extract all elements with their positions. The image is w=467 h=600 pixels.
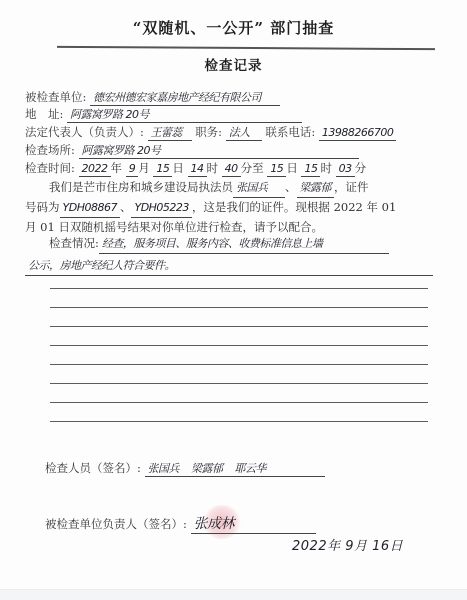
unit-rep-signature: 张成林 [191,513,316,534]
month-unit: 月 [138,161,150,175]
day-unit: 日 [172,161,184,175]
findings-section: 检查情况:经查，服务项目、服务内容、收费标准信息上墙 公示，房地产经纪人符合要件… [25,234,437,276]
inspectors-signature-row: 检查人员（签名）: 张国兵 梁露郁 耶云华 [45,460,325,477]
field-inspected-unit: 被检查单位: 德宏州德宏家嘉房地产经纪有限公司 [25,90,280,106]
position-label: 职务: [195,125,222,139]
address-label: 地 址: [25,107,63,121]
statement-part1: 我们是芒市住房和城乡建设局执法员 [49,180,233,194]
statement-paragraph: 我们是芒市住房和城乡建设局执法员张国兵、梁露郁，证件 号码为YDH08867、Y… [25,178,437,236]
statement-part3: 号码为 [25,200,60,214]
officer2-name: 梁露郁 [297,179,335,198]
unit-rep-signature-row: 被检查单位负责人（签名）: 张成林 [45,513,316,534]
statement-part4: ，这是我们的证件。现根据 2022 年 01 [192,200,396,214]
ruled-line [50,402,428,403]
findings-line1: 经查，服务项目、服务内容、收费标准信息上墙 [99,235,389,254]
inspector-signature-3: 耶云华 [235,462,267,475]
document-subtitle: 检查记录 [0,54,467,74]
time-start-hour: 14 [188,161,207,177]
inspector-signature-2: 梁露郁 [191,462,223,475]
time-month: 9 [126,161,139,177]
phone-label: 联系电话: [265,125,315,139]
unit-rep-label: 被检查单位负责人（签名）: [45,517,187,531]
ruled-line [50,345,428,346]
year-unit: 年 [111,161,123,175]
inspectors-label: 检查人员（签名）: [45,461,141,475]
legal-rep-value: 王蕾蕊 [148,125,192,141]
title-divider [57,46,435,50]
findings-line2: 公示，房地产经纪人符合要件。 [25,257,433,276]
field-inspection-time: 检查时间: 2022年 9月 15日 14时 40分至 15日 15时 03分 [25,161,366,177]
signature-date: 2022年 9月 16日 [292,535,403,554]
ruled-line [50,364,428,365]
ruled-line [50,421,428,422]
inspected-unit-value: 德宏州德宏家嘉房地产经纪有限公司 [90,90,280,106]
inspectors-signatures: 张国兵 梁露郁 耶云华 [145,460,325,477]
field-location: 检查场所: 阿露窝罗路 20号 [25,143,359,159]
sep1: 、 [285,180,297,194]
id2: YDH05223 [131,199,191,218]
time-end-min: 03 [336,161,355,177]
ruled-line [50,326,428,327]
location-value: 阿露窝罗路 20号 [79,143,359,159]
scanned-document: “双随机、一公开” 部门抽查 检查记录 被检查单位: 德宏州德宏家嘉房地产经纪有… [0,0,467,589]
time-year: 2022 [79,161,111,177]
min-unit: 分至 [241,161,264,175]
viewer-bottom-bar [0,589,467,600]
inspected-unit-label: 被检查单位: [25,90,86,104]
findings-label: 检查情况: [49,236,99,250]
field-legal-rep: 法定代表人（负责人）: 王蕾蕊 职务: 法人 联系电话: 13988266700 [25,125,396,141]
inspection-time-label: 检查时间: [25,161,75,175]
officer1-name: 张国兵 [233,179,285,198]
end-hour-unit: 时 [320,161,332,175]
time-day: 15 [153,161,172,177]
time-end-hour: 15 [301,161,320,177]
field-address: 地 址: 阿露窝罗路 20号 [25,107,302,123]
location-label: 检查场所: [25,143,75,157]
address-value: 阿露窝罗路 20号 [67,107,302,123]
end-day-unit: 日 [286,161,298,175]
sep2: 、 [120,200,132,214]
document-title: “双随机、一公开” 部门抽查 [0,17,467,38]
end-min-unit: 分 [355,161,367,175]
hour-unit: 时 [207,161,219,175]
ruled-line [50,288,428,289]
legal-rep-label: 法定代表人（负责人）: [25,125,144,139]
phone-value: 13988266700 [319,125,396,141]
inspector-signature-1: 张国兵 [148,462,180,475]
time-start-min: 40 [222,161,241,177]
ruled-line [50,307,428,308]
statement-part2: ，证件 [334,180,369,194]
ruled-line [50,383,428,384]
position-value: 法人 [226,125,262,141]
id1: YDH08867 [60,199,120,218]
statement-part5: 月 01 日双随机摇号结果对你单位进行检查，请予以配合。 [25,220,323,234]
time-end-day: 15 [267,161,286,177]
